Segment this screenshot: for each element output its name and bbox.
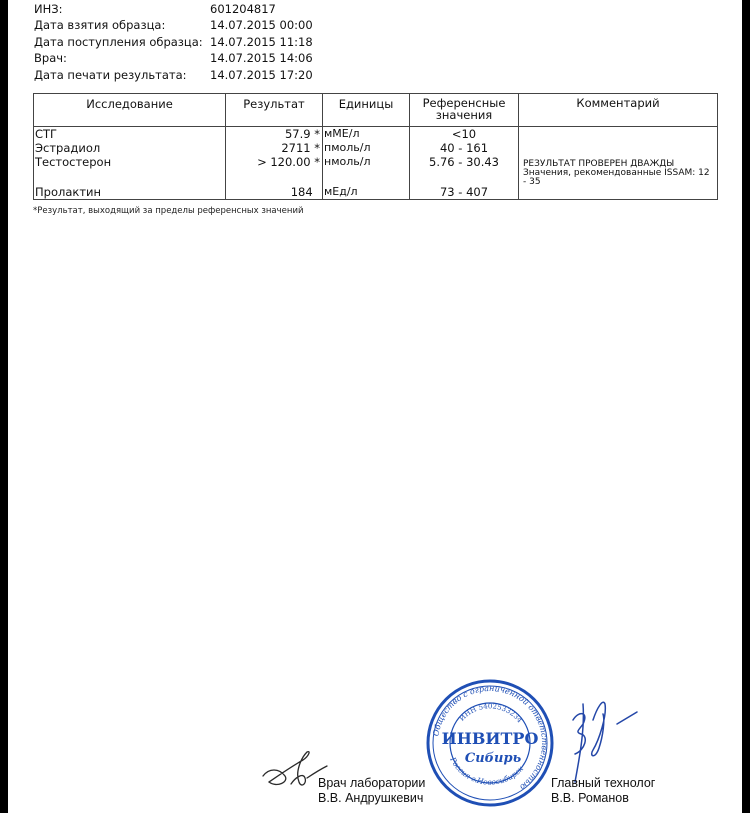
header-reference: Референсные значения [410, 94, 519, 127]
meta-label: Врач: [34, 50, 210, 66]
doctor-name: В.В. Андрушкевич [318, 791, 425, 806]
test-result: 184 [226, 185, 323, 200]
out-of-range-flag [316, 185, 320, 199]
test-name: СТГ [34, 127, 226, 142]
test-name: Тестостерон [34, 155, 226, 185]
svg-text:ИНН 5402533234: ИНН 5402533234 [458, 702, 524, 724]
meta-label: Дата взятия образца: [34, 17, 210, 33]
meta-row-received-date: Дата поступления образца: 14.07.2015 11:… [34, 34, 313, 50]
out-of-range-flag: * [314, 127, 320, 141]
comment-line: Значения, рекомендованные ISSAM: 12 - 35 [523, 169, 713, 187]
technologist-title: Главный технолог [551, 776, 655, 791]
meta-label: ИНЗ: [34, 1, 210, 17]
test-units: мЕд/л [323, 185, 410, 200]
doctor-title: Врач лаборатории [318, 776, 425, 791]
test-comment: РЕЗУЛЬТАТ ПРОВЕРЕН ДВАЖДЫ Значения, реко… [519, 127, 718, 200]
test-reference: 5.76 - 30.43 [410, 155, 519, 185]
technologist-signature-icon [555, 690, 655, 785]
header-comment: Комментарий [519, 94, 718, 127]
header-result: Результат [226, 94, 323, 127]
result-value: 2711 [281, 141, 310, 155]
results-table: Исследование Результат Единицы Референсн… [33, 93, 718, 200]
meta-value: 14.07.2015 14:06 [210, 50, 313, 66]
meta-row-inz: ИНЗ: 601204817 [34, 1, 313, 17]
meta-value: 601204817 [210, 1, 276, 17]
result-value: 184 [291, 185, 313, 199]
header-units: Единицы [323, 94, 410, 127]
meta-row-print-date: Дата печати результата: 14.07.2015 17:20 [34, 67, 313, 83]
sample-info: ИНЗ: 601204817 Дата взятия образца: 14.0… [34, 1, 313, 83]
footnote: *Результат, выходящий за пределы референ… [33, 206, 304, 216]
test-reference: 40 - 161 [410, 141, 519, 155]
meta-value: 14.07.2015 17:20 [210, 67, 313, 83]
technologist-signature-block: Главный технолог В.В. Романов [551, 776, 655, 806]
doctor-signature-block: Врач лаборатории В.В. Андрушкевич [318, 776, 425, 806]
right-scan-border [742, 0, 750, 813]
company-stamp-icon: Общество с ограниченной ответственностью… [425, 678, 555, 808]
technologist-name: В.В. Романов [551, 791, 655, 806]
meta-value: 14.07.2015 11:18 [210, 34, 313, 50]
test-reference: <10 [410, 127, 519, 142]
meta-label: Дата печати результата: [34, 67, 210, 83]
test-result: > 120.00 * [226, 155, 323, 185]
header-test: Исследование [34, 94, 226, 127]
test-units: мМЕ/л [323, 127, 410, 142]
out-of-range-flag: * [314, 141, 320, 155]
test-units: нмоль/л [323, 155, 410, 185]
test-result: 57.9 * [226, 127, 323, 142]
table-header-row: Исследование Результат Единицы Референсн… [34, 94, 718, 127]
test-reference: 73 - 407 [410, 185, 519, 200]
meta-label: Дата поступления образца: [34, 34, 210, 50]
test-result: 2711 * [226, 141, 323, 155]
meta-value: 14.07.2015 00:00 [210, 17, 313, 33]
result-value: > 120.00 [257, 155, 311, 169]
test-units: пмоль/л [323, 141, 410, 155]
test-name: Пролактин [34, 185, 226, 200]
test-name: Эстрадиол [34, 141, 226, 155]
meta-row-collection-date: Дата взятия образца: 14.07.2015 00:00 [34, 17, 313, 33]
left-scan-border [0, 0, 8, 813]
stamp-subname: Сибирь [465, 751, 522, 766]
meta-row-doctor: Врач: 14.07.2015 14:06 [34, 50, 313, 66]
result-value: 57.9 [285, 127, 311, 141]
out-of-range-flag: * [314, 155, 320, 169]
stamp-name: ИНВИТРО [442, 729, 539, 748]
table-row: СТГ 57.9 * мМЕ/л <10 РЕЗУЛЬТАТ ПРОВЕРЕН … [34, 127, 718, 142]
